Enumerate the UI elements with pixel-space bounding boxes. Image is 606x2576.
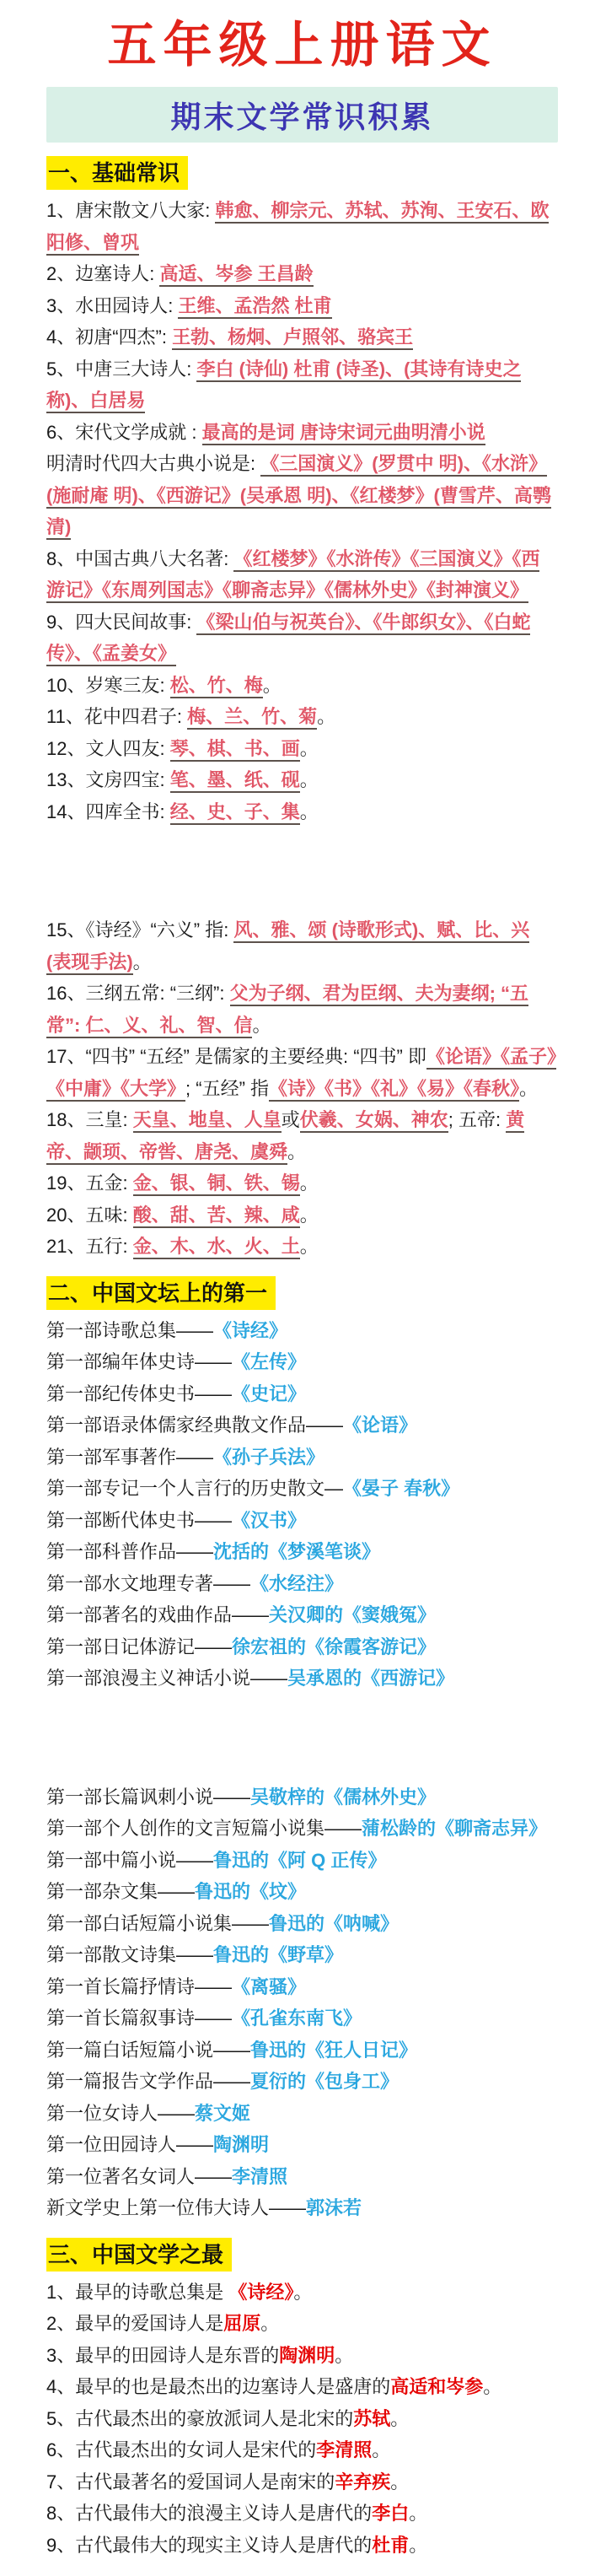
item-text: 第一位田园诗人——	[46, 2134, 213, 2155]
item-text: 5、中唐三大诗人:	[46, 358, 196, 380]
item-text: 。	[317, 706, 335, 727]
item-answer: 《水经注》	[250, 1573, 343, 1594]
list-item: 9、四大民间故事: 《梁山伯与祝英台》、《牛郎织女》、《白蛇传》、《孟姜女》	[46, 606, 558, 670]
item-text: 。	[409, 2503, 427, 2524]
item-answer: 《诗经》	[228, 2282, 293, 2303]
item-text: 新文学史上第一位伟大诗人——	[46, 2197, 306, 2218]
item-text: 16、三纲五常: “三纲”:	[46, 983, 230, 1004]
item-text: 第一部编年体史诗——	[46, 1351, 232, 1372]
list-item: 7、古代最著名的爱国词人是南宋的辛弃疾。	[46, 2466, 558, 2498]
list-item: 第一位著名女词人——李清照	[46, 2161, 558, 2193]
list-item: 第一部长篇讽刺小说——吴敬梓的《儒林外史》	[46, 1781, 558, 1813]
subtitle-banner: 期末文学常识积累	[46, 87, 558, 143]
section-most-in-chinese-literature: 三、中国文学之最1、最早的诗歌总集是 《诗经》。2、最早的爱国诗人是屈原。3、最…	[46, 2238, 558, 2562]
item-text: 第一位著名女词人——	[46, 2166, 232, 2187]
item-text: 。	[483, 2376, 501, 2397]
item-answer: 伏羲、女娲、神农	[300, 1109, 448, 1133]
item-text: 第一部杂文集——	[46, 1881, 195, 1902]
list-item: 第一部著名的戏曲作品——关汉卿的《窦娥冤》	[46, 1599, 558, 1631]
item-text: 2、边塞诗人:	[46, 263, 159, 284]
item-answer: 高适和岑参	[390, 2376, 483, 2397]
list-item: 12、文人四友: 琴、棋、书、画。	[46, 733, 558, 765]
list-item: 8、中国古典八大名著: 《红楼梦》《水浒传》《三国演义》《西游记》《东周列国志》…	[46, 543, 558, 606]
item-answer: 金、木、水、火、土	[133, 1236, 300, 1259]
item-text: 第一部长篇讽刺小说——	[46, 1786, 250, 1808]
list-item: 13、文房四宝: 笔、墨、纸、砚。	[46, 764, 558, 796]
item-answer: 鲁迅的《野草》	[213, 1944, 343, 1965]
item-text: 第一部散文诗集——	[46, 1944, 213, 1965]
list-item: 第一部诗歌总集——《诗经》	[46, 1315, 558, 1347]
item-answer: 《左传》	[232, 1351, 306, 1372]
item-text: 第一位女诗人——	[46, 2103, 195, 2124]
item-text: 第一首长篇叙事诗——	[46, 2007, 232, 2029]
item-text: 。	[390, 2408, 409, 2429]
item-answer: 蔡文姬	[195, 2103, 250, 2124]
item-text: 第一部浪漫主义神话小说——	[46, 1668, 287, 1689]
item-text: 4、最早的也是最杰出的边塞诗人是盛唐的	[46, 2376, 390, 2397]
item-text: 第一部断代体史书——	[46, 1510, 232, 1531]
page-subtitle: 期末文学常识积累	[170, 94, 433, 137]
item-answer: 《史记》	[232, 1383, 306, 1404]
list-item: 第一篇白话短篇小说——鲁迅的《狂人日记》	[46, 2034, 558, 2067]
item-text: 6、宋代文学成就 :	[46, 422, 202, 443]
list-item: 第一部日记体游记——徐宏祖的《徐霞客游记》	[46, 1631, 558, 1663]
item-text: 1、唐宋散文八大家:	[46, 200, 215, 221]
item-text: 第一部军事著作——	[46, 1447, 213, 1468]
item-text: 。	[300, 769, 319, 790]
item-answer: 松、竹、梅	[170, 675, 263, 698]
item-text: 。	[519, 1078, 538, 1099]
item-text: 第一部科普作品——	[46, 1541, 213, 1562]
item-answer: 屈原	[223, 2313, 260, 2334]
item-text: 。	[390, 2471, 409, 2492]
item-text: 。	[293, 2282, 312, 2303]
item-answer: 关汉卿的《窦娥冤》	[269, 1604, 436, 1625]
item-text: 12、文人四友:	[46, 738, 170, 759]
item-text: 1、最早的诗歌总集是	[46, 2282, 228, 2303]
section-heading: 一、基础常识	[46, 156, 188, 190]
list-item: 6、宋代文学成就 : 最高的是词 唐诗宋词元曲明清小说	[46, 417, 558, 449]
list-item: 第一部杂文集——鲁迅的《坟》	[46, 1876, 558, 1908]
list-item: 5、古代最杰出的豪放派词人是北宋的苏轼。	[46, 2403, 558, 2435]
item-answer: 经、史、子、集	[170, 801, 300, 825]
item-answer: 吴承恩的《西游记》	[287, 1668, 454, 1689]
list-item: 21、五行: 金、木、水、火、土。	[46, 1231, 558, 1263]
item-answer: 辛弃疾	[335, 2471, 390, 2492]
item-text: 或	[282, 1109, 300, 1130]
item-text: 。	[133, 951, 152, 973]
item-text: ; 五帝:	[448, 1109, 506, 1130]
item-answer: 《晏子 春秋》	[343, 1478, 459, 1499]
list-item: 第一部白话短篇小说集——鲁迅的《呐喊》	[46, 1908, 558, 1940]
item-text: 第一部专记一个人言行的历史散文—	[46, 1478, 343, 1499]
item-text: 17、“四书” “五经” 是儒家的主要经典: “四书” 即	[46, 1046, 426, 1067]
list-item: 2、最早的爱国诗人是屈原。	[46, 2308, 558, 2340]
item-answer: 《诗经》	[213, 1320, 287, 1341]
item-text: 21、五行:	[46, 1236, 133, 1257]
item-answer: 酸、甜、苦、辣、咸	[133, 1204, 300, 1228]
item-answer: 吴敬梓的《儒林外史》	[250, 1786, 436, 1808]
item-answer: 王勃、杨炯、卢照邻、骆宾王	[172, 326, 413, 350]
list-item: 2、边塞诗人: 高适、岑参 王昌龄	[46, 258, 558, 290]
list-item: 第一部断代体史书——《汉书》	[46, 1505, 558, 1537]
list-item: 3、最早的田园诗人是东晋的陶渊明。	[46, 2340, 558, 2372]
item-answer: 梅、兰、竹、菊	[187, 706, 317, 730]
list-item: 15、《诗经》“六义” 指: 风、雅、颂 (诗歌形式)、赋、比、兴 (表现手法)…	[46, 914, 558, 978]
item-answer: 陶渊明	[279, 2345, 335, 2366]
section-basic-knowledge: 一、基础常识1、唐宋散文八大家: 韩愈、柳宗元、苏轼、苏洵、王安石、欧阳修、曾巩…	[46, 156, 558, 1263]
item-answer: 陶渊明	[213, 2134, 269, 2155]
list-item: 新文学史上第一位伟大诗人——郭沫若	[46, 2192, 558, 2224]
item-answer: 金、银、铜、铁、锡	[133, 1172, 300, 1196]
list-item: 9、古代最伟大的现实主义诗人是唐代的杜甫。	[46, 2530, 558, 2562]
item-text: 3、水田园诗人:	[46, 295, 178, 316]
item-text: 第一首长篇抒情诗——	[46, 1976, 232, 1997]
item-answer: 徐宏祖的《徐霞客游记》	[232, 1636, 436, 1657]
item-text: 7、古代最著名的爱国词人是南宋的	[46, 2471, 335, 2492]
item-text: 第一部著名的戏曲作品——	[46, 1604, 269, 1625]
item-answer: 郭沫若	[306, 2197, 362, 2218]
item-text: 第一篇白话短篇小说——	[46, 2040, 250, 2061]
item-answer: 苏轼	[353, 2408, 390, 2429]
list-item: 10、岁寒三友: 松、竹、梅。	[46, 670, 558, 702]
item-answer: 《孔雀东南飞》	[232, 2007, 362, 2029]
list-item: 8、古代最伟大的浪漫主义诗人是唐代的李白。	[46, 2498, 558, 2530]
list-item: 第一位女诗人——蔡文姬	[46, 2098, 558, 2130]
item-text: 第一部个人创作的文言短篇小说集——	[46, 1818, 362, 1839]
list-item: 第一篇报告文学作品——夏衍的《包身工》	[46, 2066, 558, 2098]
list-item: 5、中唐三大诗人: 李白 (诗仙) 杜甫 (诗圣)、(其诗有诗史之称)、白居易	[46, 353, 558, 417]
item-text: 5、古代最杰出的豪放派词人是北宋的	[46, 2408, 353, 2429]
item-text: 。	[300, 1236, 319, 1257]
item-answer: 笔、墨、纸、砚	[170, 769, 300, 793]
item-text: ; “五经” 指	[185, 1078, 269, 1099]
list-item: 第一部编年体史诗——《左传》	[46, 1346, 558, 1378]
item-text: 第一部水文地理专著——	[46, 1573, 250, 1594]
item-answer: 《离骚》	[232, 1976, 306, 1997]
item-answer: 王维、孟浩然 杜甫	[178, 295, 331, 319]
item-text: 第一部纪传体史书——	[46, 1383, 232, 1404]
item-text: 20、五味:	[46, 1204, 133, 1226]
item-text: 。	[300, 738, 319, 759]
item-text: 4、初唐“四杰”:	[46, 326, 172, 348]
item-answer: 李清照	[316, 2439, 372, 2460]
item-answer: 《论语》	[343, 1415, 417, 1436]
list-item: 第一部科普作品——沈括的《梦溪笔谈》	[46, 1536, 558, 1568]
list-item: 11、花中四君子: 梅、兰、竹、菊。	[46, 701, 558, 733]
item-answer: 鲁迅的《狂人日记》	[250, 2040, 417, 2061]
list-item: 明清时代四大古典小说是: 《三国演义》(罗贯中 明)、《水浒》 (施耐庵 明)、…	[46, 448, 558, 543]
item-text: 。	[252, 1015, 271, 1036]
section-heading: 三、中国文学之最	[46, 2238, 232, 2272]
list-item: 19、五金: 金、银、铜、铁、锡。	[46, 1167, 558, 1199]
item-text: 第一部语录体儒家经典散文作品——	[46, 1415, 343, 1436]
item-text: 。	[260, 2313, 279, 2334]
list-item: 6、古代最杰出的女词人是宋代的李清照。	[46, 2434, 558, 2466]
item-answer: 杜甫	[372, 2535, 409, 2556]
item-text: 8、中国古典八大名著:	[46, 548, 233, 569]
item-text: 19、五金:	[46, 1172, 133, 1194]
item-text: 第一部白话短篇小说集——	[46, 1913, 269, 1934]
item-text: 3、最早的田园诗人是东晋的	[46, 2345, 279, 2366]
item-answer: 蒲松龄的《聊斋志异》	[362, 1818, 547, 1839]
list-item: 4、最早的也是最杰出的边塞诗人是盛唐的高适和岑参。	[46, 2371, 558, 2403]
list-item: 17、“四书” “五经” 是儒家的主要经典: “四书” 即《论语》《孟子》《中庸…	[46, 1041, 558, 1104]
item-text: 14、四库全书:	[46, 801, 170, 822]
item-answer: 最高的是词 唐诗宋词元曲明清小说	[202, 422, 485, 445]
item-text: 8、古代最伟大的浪漫主义诗人是唐代的	[46, 2503, 372, 2524]
list-item: 第一部水文地理专著——《水经注》	[46, 1568, 558, 1600]
list-item: 第一部中篇小说——鲁迅的《阿 Q 正传》	[46, 1845, 558, 1877]
list-item: 16、三纲五常: “三纲”: 父为子纲、君为臣纲、夫为妻纲; “五常”: 仁、义…	[46, 978, 558, 1041]
item-text: 明清时代四大古典小说是:	[46, 453, 260, 474]
item-text: 11、花中四君子:	[46, 706, 187, 727]
item-text: 。	[409, 2535, 427, 2556]
list-item: 4、初唐“四杰”: 王勃、杨炯、卢照邻、骆宾王	[46, 321, 558, 353]
item-answer: 李白	[372, 2503, 409, 2524]
item-text: 。	[300, 801, 319, 822]
list-item: 第一部个人创作的文言短篇小说集——蒲松龄的《聊斋志异》	[46, 1813, 558, 1845]
item-answer: 沈括的《梦溪笔谈》	[213, 1541, 380, 1562]
sections: 一、基础常识1、唐宋散文八大家: 韩愈、柳宗元、苏轼、苏洵、王安石、欧阳修、曾巩…	[46, 156, 558, 2561]
list-item: 第一部专记一个人言行的历史散文—《晏子 春秋》	[46, 1473, 558, 1505]
item-answer: 《孙子兵法》	[213, 1447, 324, 1468]
list-item: 1、最早的诗歌总集是 《诗经》。	[46, 2277, 558, 2309]
item-answer: 《诗》《书》《礼》《易》《春秋》	[269, 1078, 519, 1102]
document-page: 五年级上册语文 期末文学常识积累 一、基础常识1、唐宋散文八大家: 韩愈、柳宗元…	[0, 0, 606, 2561]
list-item: 14、四库全书: 经、史、子、集。	[46, 796, 558, 828]
list-item: 第一首长篇抒情诗——《离骚》	[46, 1971, 558, 2003]
list-item: 第一部纪传体史书——《史记》	[46, 1378, 558, 1410]
list-item: 第一部语录体儒家经典散文作品——《论语》	[46, 1409, 558, 1442]
item-text: 第一部日记体游记——	[46, 1636, 232, 1657]
item-text: 15、《诗经》“六义” 指:	[46, 919, 233, 940]
item-text: 。	[287, 1141, 306, 1162]
item-text: 10、岁寒三友:	[46, 675, 170, 696]
item-text: 9、四大民间故事:	[46, 612, 196, 633]
list-item: 第一首长篇叙事诗——《孔雀东南飞》	[46, 2002, 558, 2034]
page-title: 五年级上册语文	[46, 13, 558, 77]
list-item: 第一部军事著作——《孙子兵法》	[46, 1442, 558, 1474]
item-text: 。	[263, 675, 282, 696]
item-answer: 李清照	[232, 2166, 287, 2187]
item-text: 18、三皇:	[46, 1109, 133, 1130]
item-text: 第一篇报告文学作品——	[46, 2071, 250, 2092]
item-text: 。	[335, 2345, 353, 2366]
item-answer: 鲁迅的《呐喊》	[269, 1913, 399, 1934]
list-item: 1、唐宋散文八大家: 韩愈、柳宗元、苏轼、苏洵、王安石、欧阳修、曾巩	[46, 195, 558, 258]
list-item: 第一部浪漫主义神话小说——吴承恩的《西游记》	[46, 1663, 558, 1695]
list-item: 18、三皇: 天皇、地皇、人皇或伏羲、女娲、神农; 五帝: 黄帝、颛顼、帝喾、唐…	[46, 1104, 558, 1167]
list-item: 第一部散文诗集——鲁迅的《野草》	[46, 1939, 558, 1971]
list-item: 第一位田园诗人——陶渊明	[46, 2129, 558, 2161]
item-text: 2、最早的爱国诗人是	[46, 2313, 223, 2334]
item-text: 9、古代最伟大的现实主义诗人是唐代的	[46, 2535, 372, 2556]
item-text: 第一部中篇小说——	[46, 1850, 213, 1871]
item-answer: 天皇、地皇、人皇	[133, 1109, 282, 1133]
item-text: 第一部诗歌总集——	[46, 1320, 213, 1341]
item-text: 。	[300, 1172, 319, 1194]
section-first-in-chinese-literature: 二、中国文坛上的第一第一部诗歌总集——《诗经》第一部编年体史诗——《左传》第一部…	[46, 1276, 558, 2224]
item-answer: 《汉书》	[232, 1510, 306, 1531]
item-answer: 鲁迅的《坟》	[195, 1881, 306, 1902]
section-heading: 二、中国文坛上的第一	[46, 1276, 276, 1310]
item-text: 。	[372, 2439, 390, 2460]
item-answer: 夏衍的《包身工》	[250, 2071, 399, 2092]
item-text: 。	[300, 1204, 319, 1226]
item-answer: 高适、岑参 王昌龄	[159, 263, 313, 287]
item-answer: 鲁迅的《阿 Q 正传》	[213, 1850, 386, 1871]
item-text: 13、文房四宝:	[46, 769, 170, 790]
item-answer: 琴、棋、书、画	[170, 738, 300, 762]
list-item: 20、五味: 酸、甜、苦、辣、咸。	[46, 1199, 558, 1231]
item-text: 6、古代最杰出的女词人是宋代的	[46, 2439, 316, 2460]
list-item: 3、水田园诗人: 王维、孟浩然 杜甫	[46, 290, 558, 322]
